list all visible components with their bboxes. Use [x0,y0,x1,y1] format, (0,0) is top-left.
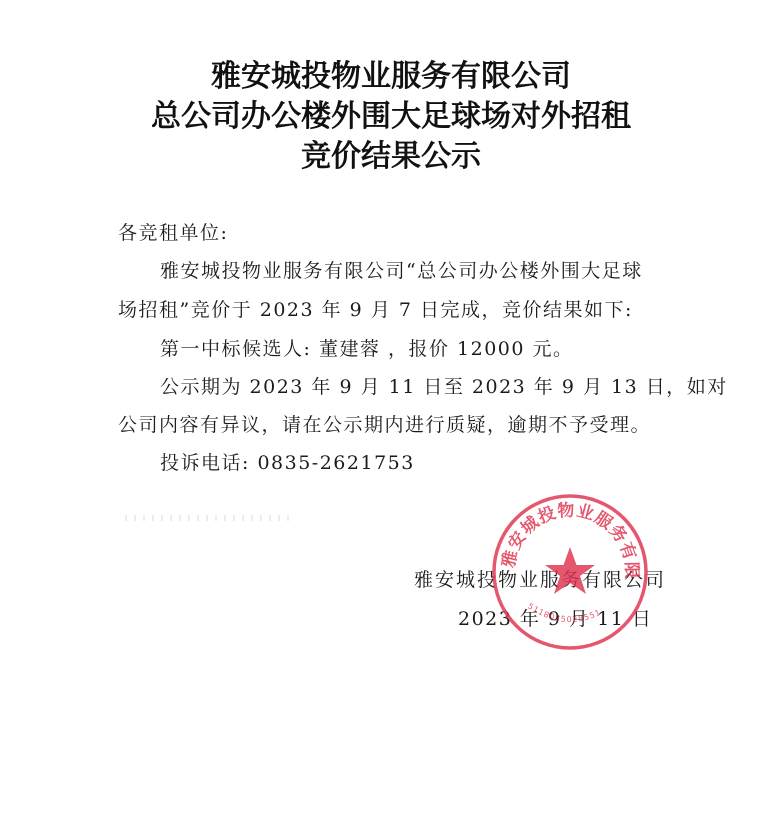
salutation: 各竞租单位: [118,220,228,246]
notice-line-2: 公司内容有异议，请在公示期内进行质疑，逾期不予受理。 [118,412,651,438]
title-line-1: 雅安城投物业服务有限公司 [0,57,782,97]
winner-line: 第一中标候选人: 董建蓉 ，报价 12000 元。 [160,336,574,362]
paragraph-1-line-1: 雅安城投物业服务有限公司“总公司办公楼外围大足球 [160,258,643,284]
complaint-phone-line: 投诉电话: 0835-2621753 [160,450,415,476]
scan-artifact [125,515,295,521]
paragraph-1-line-2: 场招租”竞价于 2023 年 9 月 7 日完成，竞价结果如下: [118,297,633,323]
signature-date: 2023 年 9 月 11 日 [458,606,652,632]
title-line-2: 总公司办公楼外围大足球场对外招租 [0,97,782,137]
signature-company: 雅安城投物业服务有限公司 [414,567,666,593]
notice-line-1: 公示期为 2023 年 9 月 11 日至 2023 年 9 月 13 日，如对 [160,374,728,400]
title-line-3: 竞价结果公示 [0,137,782,177]
